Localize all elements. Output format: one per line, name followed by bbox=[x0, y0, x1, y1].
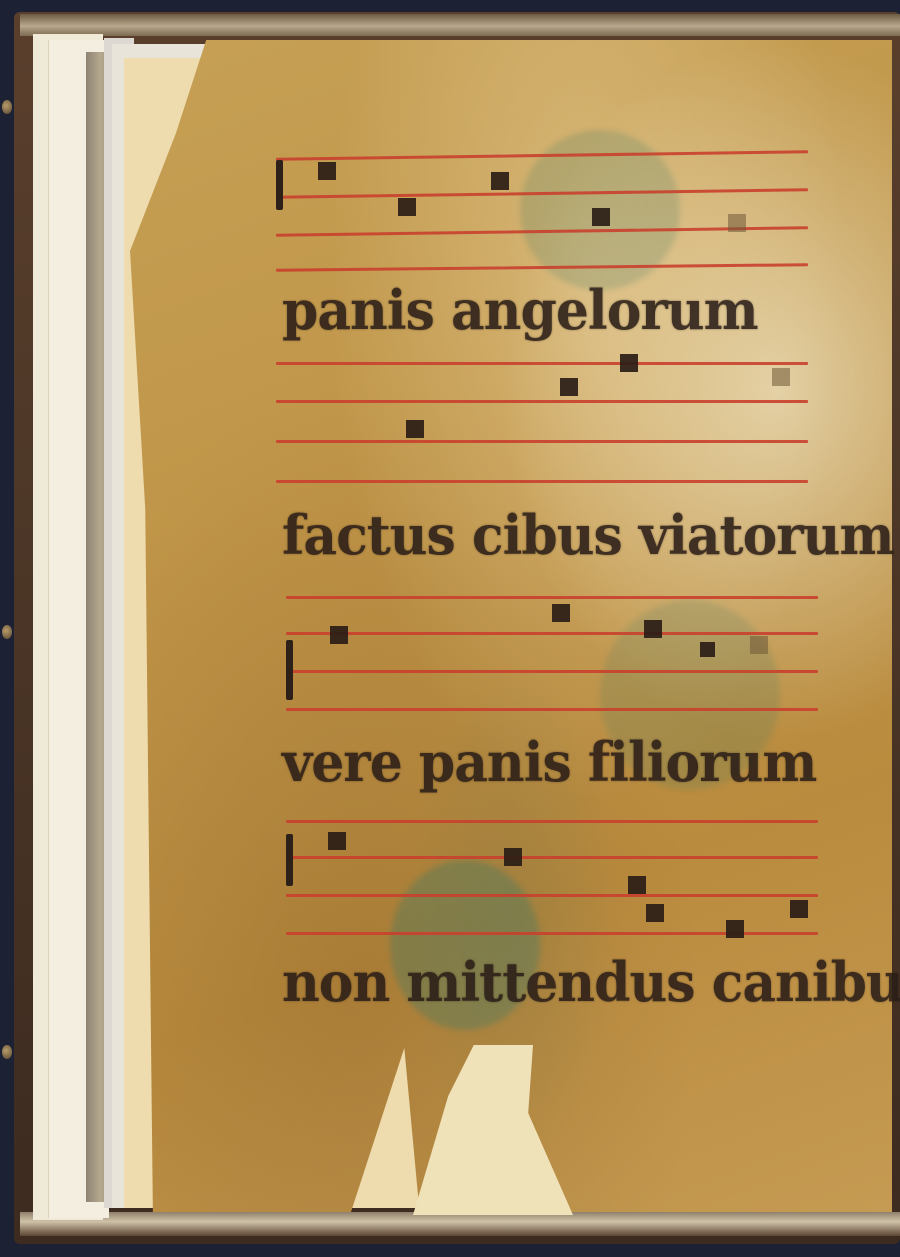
note-neume bbox=[644, 620, 662, 638]
binding-nail bbox=[2, 1045, 12, 1059]
note-neume bbox=[592, 208, 610, 226]
staff-line bbox=[276, 150, 808, 160]
lyric-line-1: panis angelorum bbox=[282, 278, 822, 342]
note-neume bbox=[646, 904, 664, 922]
staff-line bbox=[276, 188, 808, 198]
staff-line bbox=[276, 362, 808, 365]
note-neume bbox=[491, 172, 509, 190]
staff-line bbox=[276, 440, 808, 443]
note-neume bbox=[560, 378, 578, 396]
note-neume bbox=[328, 832, 346, 850]
note-neume bbox=[552, 604, 570, 622]
note-neume bbox=[318, 162, 336, 180]
binding-top-edge bbox=[20, 14, 900, 36]
staff-line bbox=[286, 670, 818, 673]
lyric-line-2: factus cibus viatorum bbox=[282, 503, 822, 567]
note-neume bbox=[620, 354, 638, 372]
note-neume bbox=[398, 198, 416, 216]
staff-line bbox=[286, 632, 818, 635]
staff-line bbox=[286, 708, 818, 711]
music-staff-2 bbox=[276, 362, 808, 492]
staff-line bbox=[286, 596, 818, 599]
note-neume bbox=[772, 368, 790, 386]
note-neume bbox=[504, 848, 522, 866]
binding-nail bbox=[2, 625, 12, 639]
staff-line bbox=[276, 480, 808, 483]
clef bbox=[276, 160, 283, 210]
note-neume bbox=[330, 626, 348, 644]
staff-line bbox=[276, 400, 808, 403]
clef bbox=[286, 834, 293, 886]
note-neume bbox=[700, 642, 715, 657]
note-neume bbox=[726, 920, 744, 938]
note-neume bbox=[728, 214, 746, 232]
lyric-line-4: non mittendus canibus bbox=[282, 950, 822, 1014]
music-staff-4 bbox=[286, 820, 818, 938]
staff-line bbox=[286, 856, 818, 859]
note-neume bbox=[790, 900, 808, 918]
note-neume bbox=[628, 876, 646, 894]
staff-line bbox=[286, 820, 818, 823]
binding-bottom-edge bbox=[20, 1212, 900, 1236]
music-staff-1 bbox=[276, 150, 808, 270]
clef bbox=[286, 640, 293, 700]
staff-line bbox=[286, 894, 818, 897]
lyric-line-3: vere panis filiorum bbox=[282, 730, 822, 794]
note-neume bbox=[750, 636, 768, 654]
music-staff-3 bbox=[286, 596, 818, 714]
note-neume bbox=[406, 420, 424, 438]
binding-nail bbox=[2, 100, 12, 114]
